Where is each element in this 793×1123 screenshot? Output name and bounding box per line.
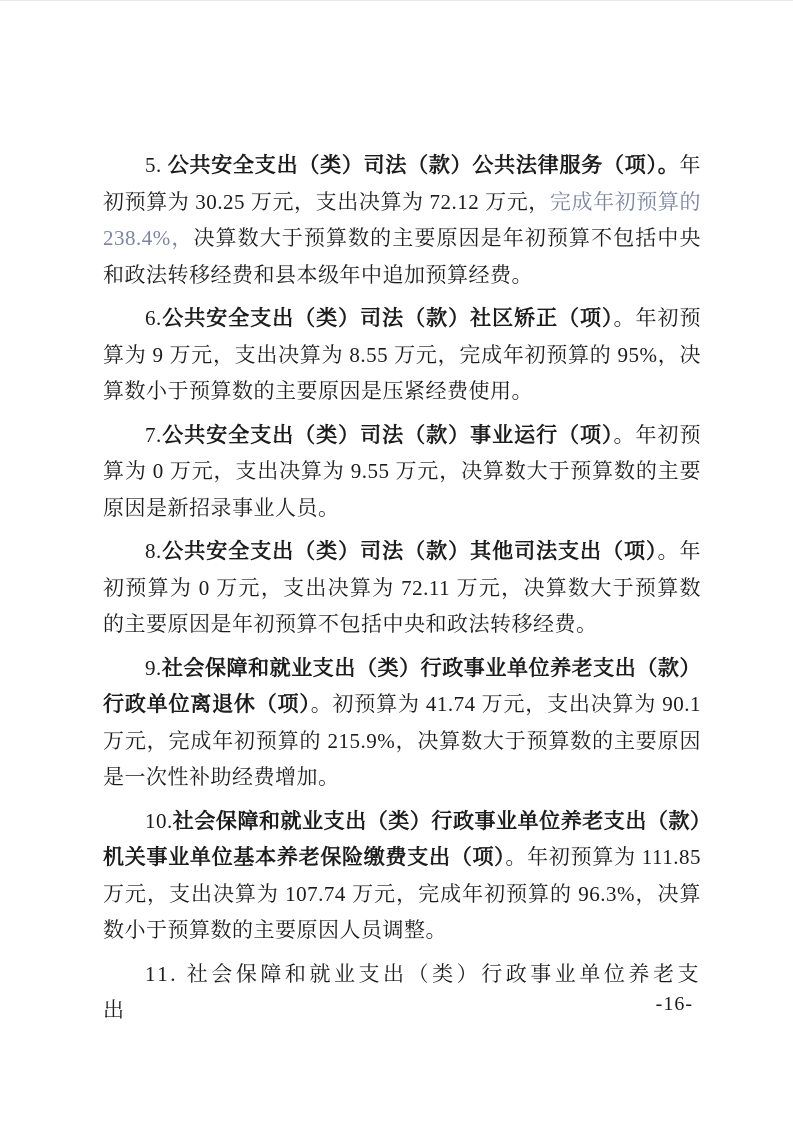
budget-item-5: 5. 公共安全支出（类）司法（款）公共法律服务（项）。年初预算为 30.25 万…	[103, 147, 701, 293]
item-number: 7.	[145, 423, 162, 447]
item-number: 10.	[145, 809, 173, 833]
item-body: 决算数大于预算数的主要原因是年初预算不包括中央和政法转移经费和县本级年中追加预算…	[103, 226, 701, 287]
document-body: 5. 公共安全支出（类）司法（款）公共法律服务（项）。年初预算为 30.25 万…	[103, 147, 701, 1036]
item-heading: 公共安全支出（类）司法（款）公共法律服务（项）。	[168, 153, 680, 177]
item-number: 6.	[145, 306, 162, 330]
budget-item-9: 9.社会保障和就业支出（类）行政事业单位养老支出（款）行政单位离退休（项）。初预…	[103, 650, 701, 796]
budget-item-11: 11. 社会保障和就业支出（类）行政事业单位养老支出	[103, 956, 701, 1029]
page-number: -16-	[656, 993, 693, 1016]
item-number: 9.	[145, 656, 162, 680]
budget-item-7: 7.公共安全支出（类）司法（款）事业运行（项）。年初预算为 0 万元，支出决算为…	[103, 417, 701, 527]
item-heading: 公共安全支出（类）司法（款）事业运行（项）	[162, 423, 614, 447]
budget-item-6: 6.公共安全支出（类）司法（款）社区矫正（项）。年初预算为 9 万元，支出决算为…	[103, 300, 701, 410]
budget-item-10: 10.社会保障和就业支出（类）行政事业单位养老支出（款）机关事业单位基本养老保险…	[103, 803, 701, 949]
budget-item-8: 8.公共安全支出（类）司法（款）其他司法支出（项）。年初预算为 0 万元，支出决…	[103, 533, 701, 643]
item-number: 11.	[145, 962, 187, 986]
item-heading: 公共安全支出（类）司法（款）社区矫正（项）	[162, 306, 614, 330]
item-body: 社会保障和就业支出（类）行政事业单位养老支出	[103, 962, 701, 1023]
item-number: 5.	[145, 153, 168, 177]
item-heading: 公共安全支出（类）司法（款）其他司法支出（项）	[162, 539, 658, 563]
item-number: 8.	[145, 539, 162, 563]
document-page: 5. 公共安全支出（类）司法（款）公共法律服务（项）。年初预算为 30.25 万…	[0, 0, 793, 1123]
